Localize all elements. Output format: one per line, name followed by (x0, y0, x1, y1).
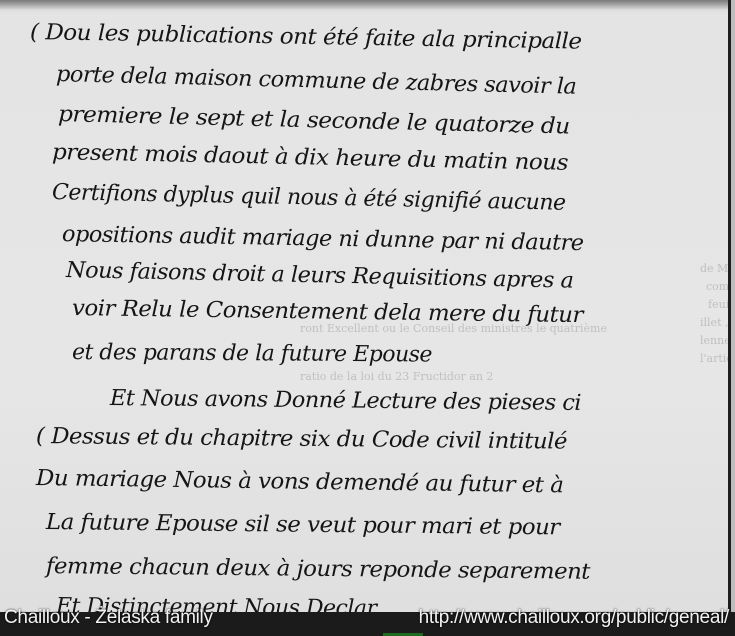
page-top-shadow (0, 0, 735, 10)
source-url-caption: http://www.chailloux.org/public/geneal/ (419, 607, 729, 629)
page-border-line (728, 0, 731, 636)
bleed-through-text: de M (700, 262, 728, 275)
page-margin (731, 0, 735, 636)
handwritten-line: opositions audit mariage ni dunne par ni… (62, 222, 584, 256)
handwritten-line: ( Dou les publications ont été faite ala… (30, 20, 582, 55)
handwritten-line: femme chacun deux à jours reponde separe… (46, 554, 590, 585)
family-caption: Chailloux - Żelaska family (4, 607, 213, 629)
handwritten-line: Certifions dyplus quil nous à été signif… (52, 180, 566, 216)
bleed-through-text: ratio de la loi du 23 Fructidor an 2 (300, 370, 493, 383)
handwritten-line: Et Nous avons Donné Lecture des pieses c… (110, 386, 581, 416)
handwritten-line: premiere le sept et la seconde le quator… (58, 102, 570, 139)
handwritten-line: Du mariage Nous à vons demendé au futur … (36, 466, 564, 498)
handwritten-line: voir Relu le Consentement dela mere du f… (72, 296, 583, 328)
handwritten-line: Nous faisons droit a leurs Requisitions … (66, 258, 574, 294)
bleed-through-text: illet , (700, 316, 728, 329)
handwritten-line: et des parans de la future Epouse (72, 340, 432, 368)
scanned-register-page: de M comm feuill illet , lennement l'art… (0, 0, 735, 636)
handwritten-line: porte dela maison commune de zabres savo… (56, 62, 577, 100)
handwritten-line: present mois daout à dix heure du matin … (52, 140, 568, 176)
handwritten-line: La future Epouse sil se veut pour mari e… (46, 510, 560, 540)
handwritten-line: ( Dessus et du chapitre six du Code civi… (36, 424, 567, 455)
